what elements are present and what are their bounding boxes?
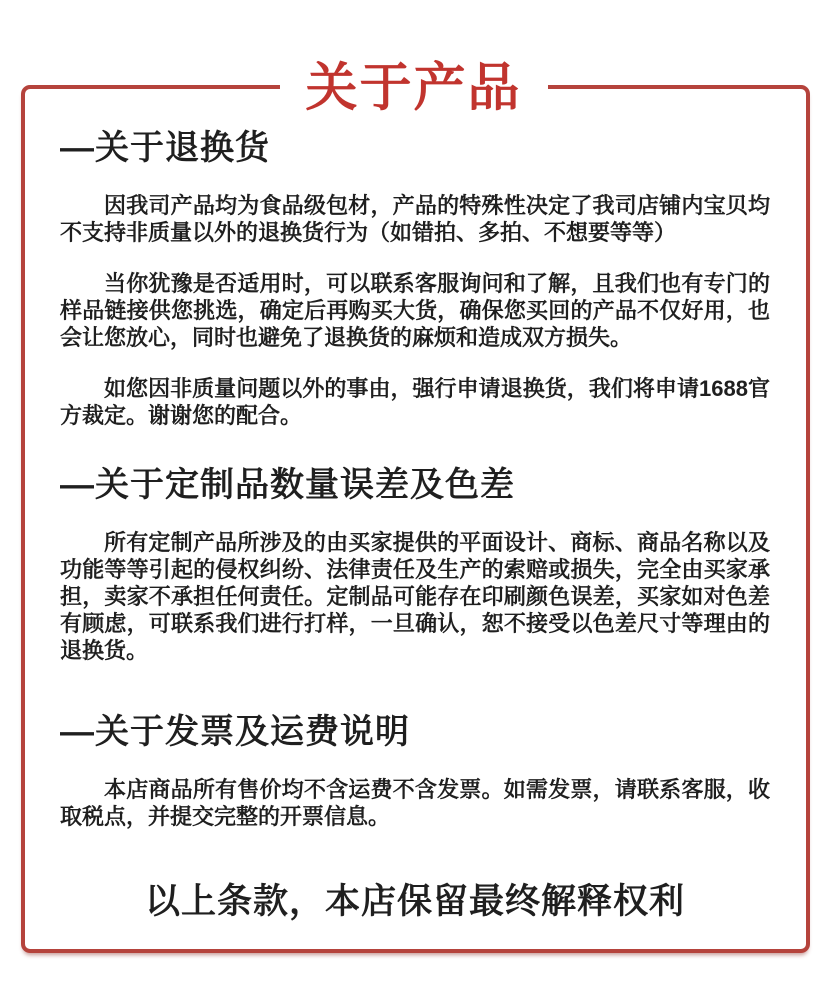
section-heading-invoice-shipping: —关于发票及运费说明: [60, 714, 770, 750]
paragraph: 本店商品所有售价均不含运费不含发票。如需发票，请联系客服，收取税点，并提交完整的…: [60, 776, 770, 830]
paragraph: 因我司产品均为食品级包材，产品的特殊性决定了我司店铺内宝贝均不支持非质量以外的退…: [60, 192, 770, 246]
paragraph: 如您因非质量问题以外的事由，强行申请退换货，我们将申请1688官方裁定。谢谢您的…: [60, 375, 770, 429]
section-returns: —关于退换货 因我司产品均为食品级包材，产品的特殊性决定了我司店铺内宝贝均不支持…: [60, 130, 770, 429]
paragraph: 当你犹豫是否适用时，可以联系客服询问和了解，且我们也有专门的样品链接供您挑选，确…: [60, 270, 770, 351]
section-heading-returns: —关于退换货: [60, 130, 770, 166]
product-notice-page: 关于产品 —关于退换货 因我司产品均为食品级包材，产品的特殊性决定了我司店铺内宝…: [0, 0, 827, 992]
notice-content: —关于退换货 因我司产品均为食品级包材，产品的特殊性决定了我司店铺内宝贝均不支持…: [60, 85, 770, 924]
section-custom-products: —关于定制品数量误差及色差 所有定制产品所涉及的由买家提供的平面设计、商标、商品…: [60, 467, 770, 664]
paragraph: 所有定制产品所涉及的由买家提供的平面设计、商标、商品名称以及功能等等引起的侵权纠…: [60, 529, 770, 664]
section-heading-custom-products: —关于定制品数量误差及色差: [60, 467, 770, 503]
page-title: 关于产品: [279, 45, 547, 120]
footer-disclaimer: 以上条款，本店保留最终解释权利: [60, 874, 770, 924]
section-invoice-shipping: —关于发票及运费说明 本店商品所有售价均不含运费不含发票。如需发票，请联系客服，…: [60, 714, 770, 830]
